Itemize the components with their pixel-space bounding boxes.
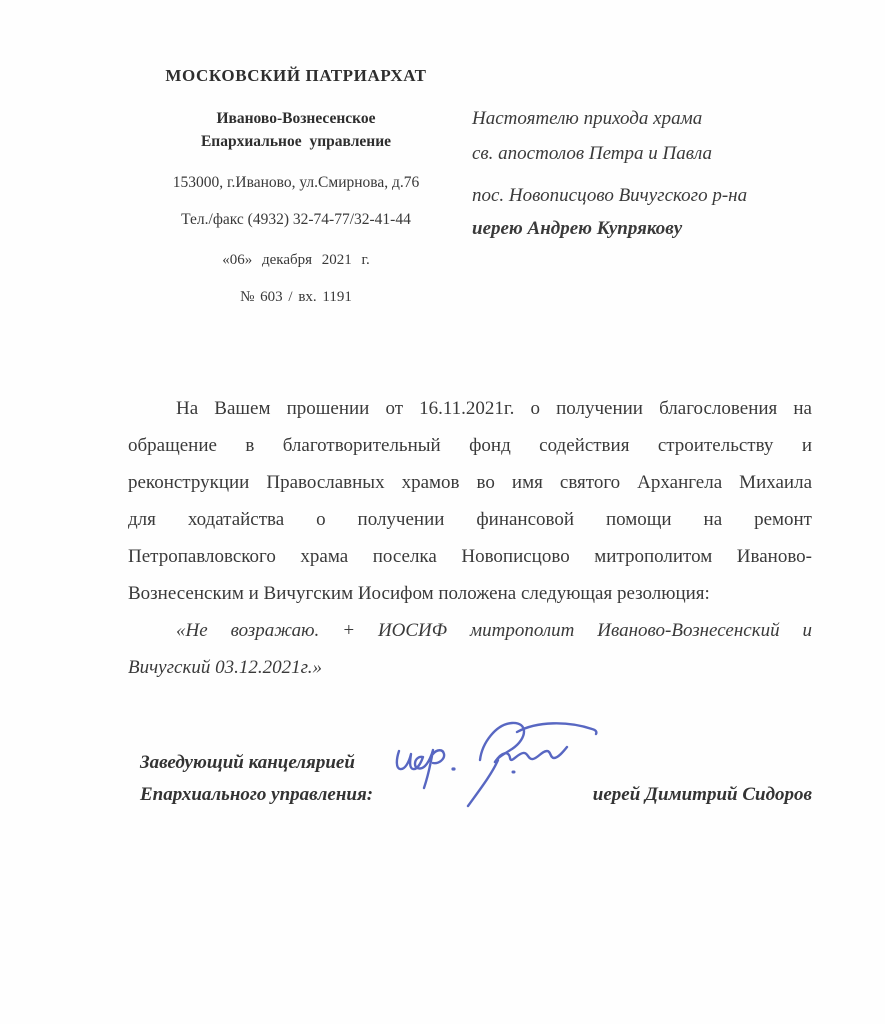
recipient-line-1: Настоятелю прихода храма <box>472 108 832 130</box>
letterhead-phone: Тел./факс (4932) 32-74-77/32-41-44 <box>128 211 464 229</box>
body-line: для ходатайства о получении финансовой п… <box>128 501 812 538</box>
body-line: обращение в благотворительный фонд содей… <box>128 427 812 464</box>
letterhead-diocese-line-1: Иваново-Вознесенское <box>128 110 464 128</box>
letter-body: На Вашем прошении от 16.11.2021г. о полу… <box>128 390 812 686</box>
body-line: реконструкции Православных храмов во имя… <box>128 464 812 501</box>
letterhead-ref-number: № 603 / вх. 1191 <box>128 289 464 306</box>
letterhead-patriarchate: МОСКОВСКИЙ ПАТРИАРХАТ <box>128 66 464 86</box>
body-line: Петропавловского храма поселка Новописцо… <box>128 538 812 575</box>
letterhead-diocese-line-2: Епархиальное управление <box>128 133 464 151</box>
recipient-line-3: пос. Новописцово Вичугского р-на <box>472 185 832 207</box>
body-line: На Вашем прошении от 16.11.2021г. о полу… <box>128 390 812 427</box>
handwritten-signature <box>382 710 612 810</box>
body-line: Вознесенским и Вичугским Иосифом положен… <box>128 575 812 612</box>
resolution-line: «Не возражаю. + ИОСИФ митрополит Иваново… <box>128 612 812 649</box>
letterhead-date: «06» декабря 2021 г. <box>128 252 464 269</box>
recipient-line-2: св. апостолов Петра и Павла <box>472 143 832 165</box>
scanned-letter-page: МОСКОВСКИЙ ПАТРИАРХАТ Иваново-Вознесенск… <box>0 0 885 1024</box>
letterhead-address: 153000, г.Иваново, ул.Смирнова, д.76 <box>128 174 464 192</box>
resolution-line: Вичугский 03.12.2021г.» <box>128 649 812 686</box>
recipient-line-4: иерею Андрею Купрякову <box>472 218 832 240</box>
